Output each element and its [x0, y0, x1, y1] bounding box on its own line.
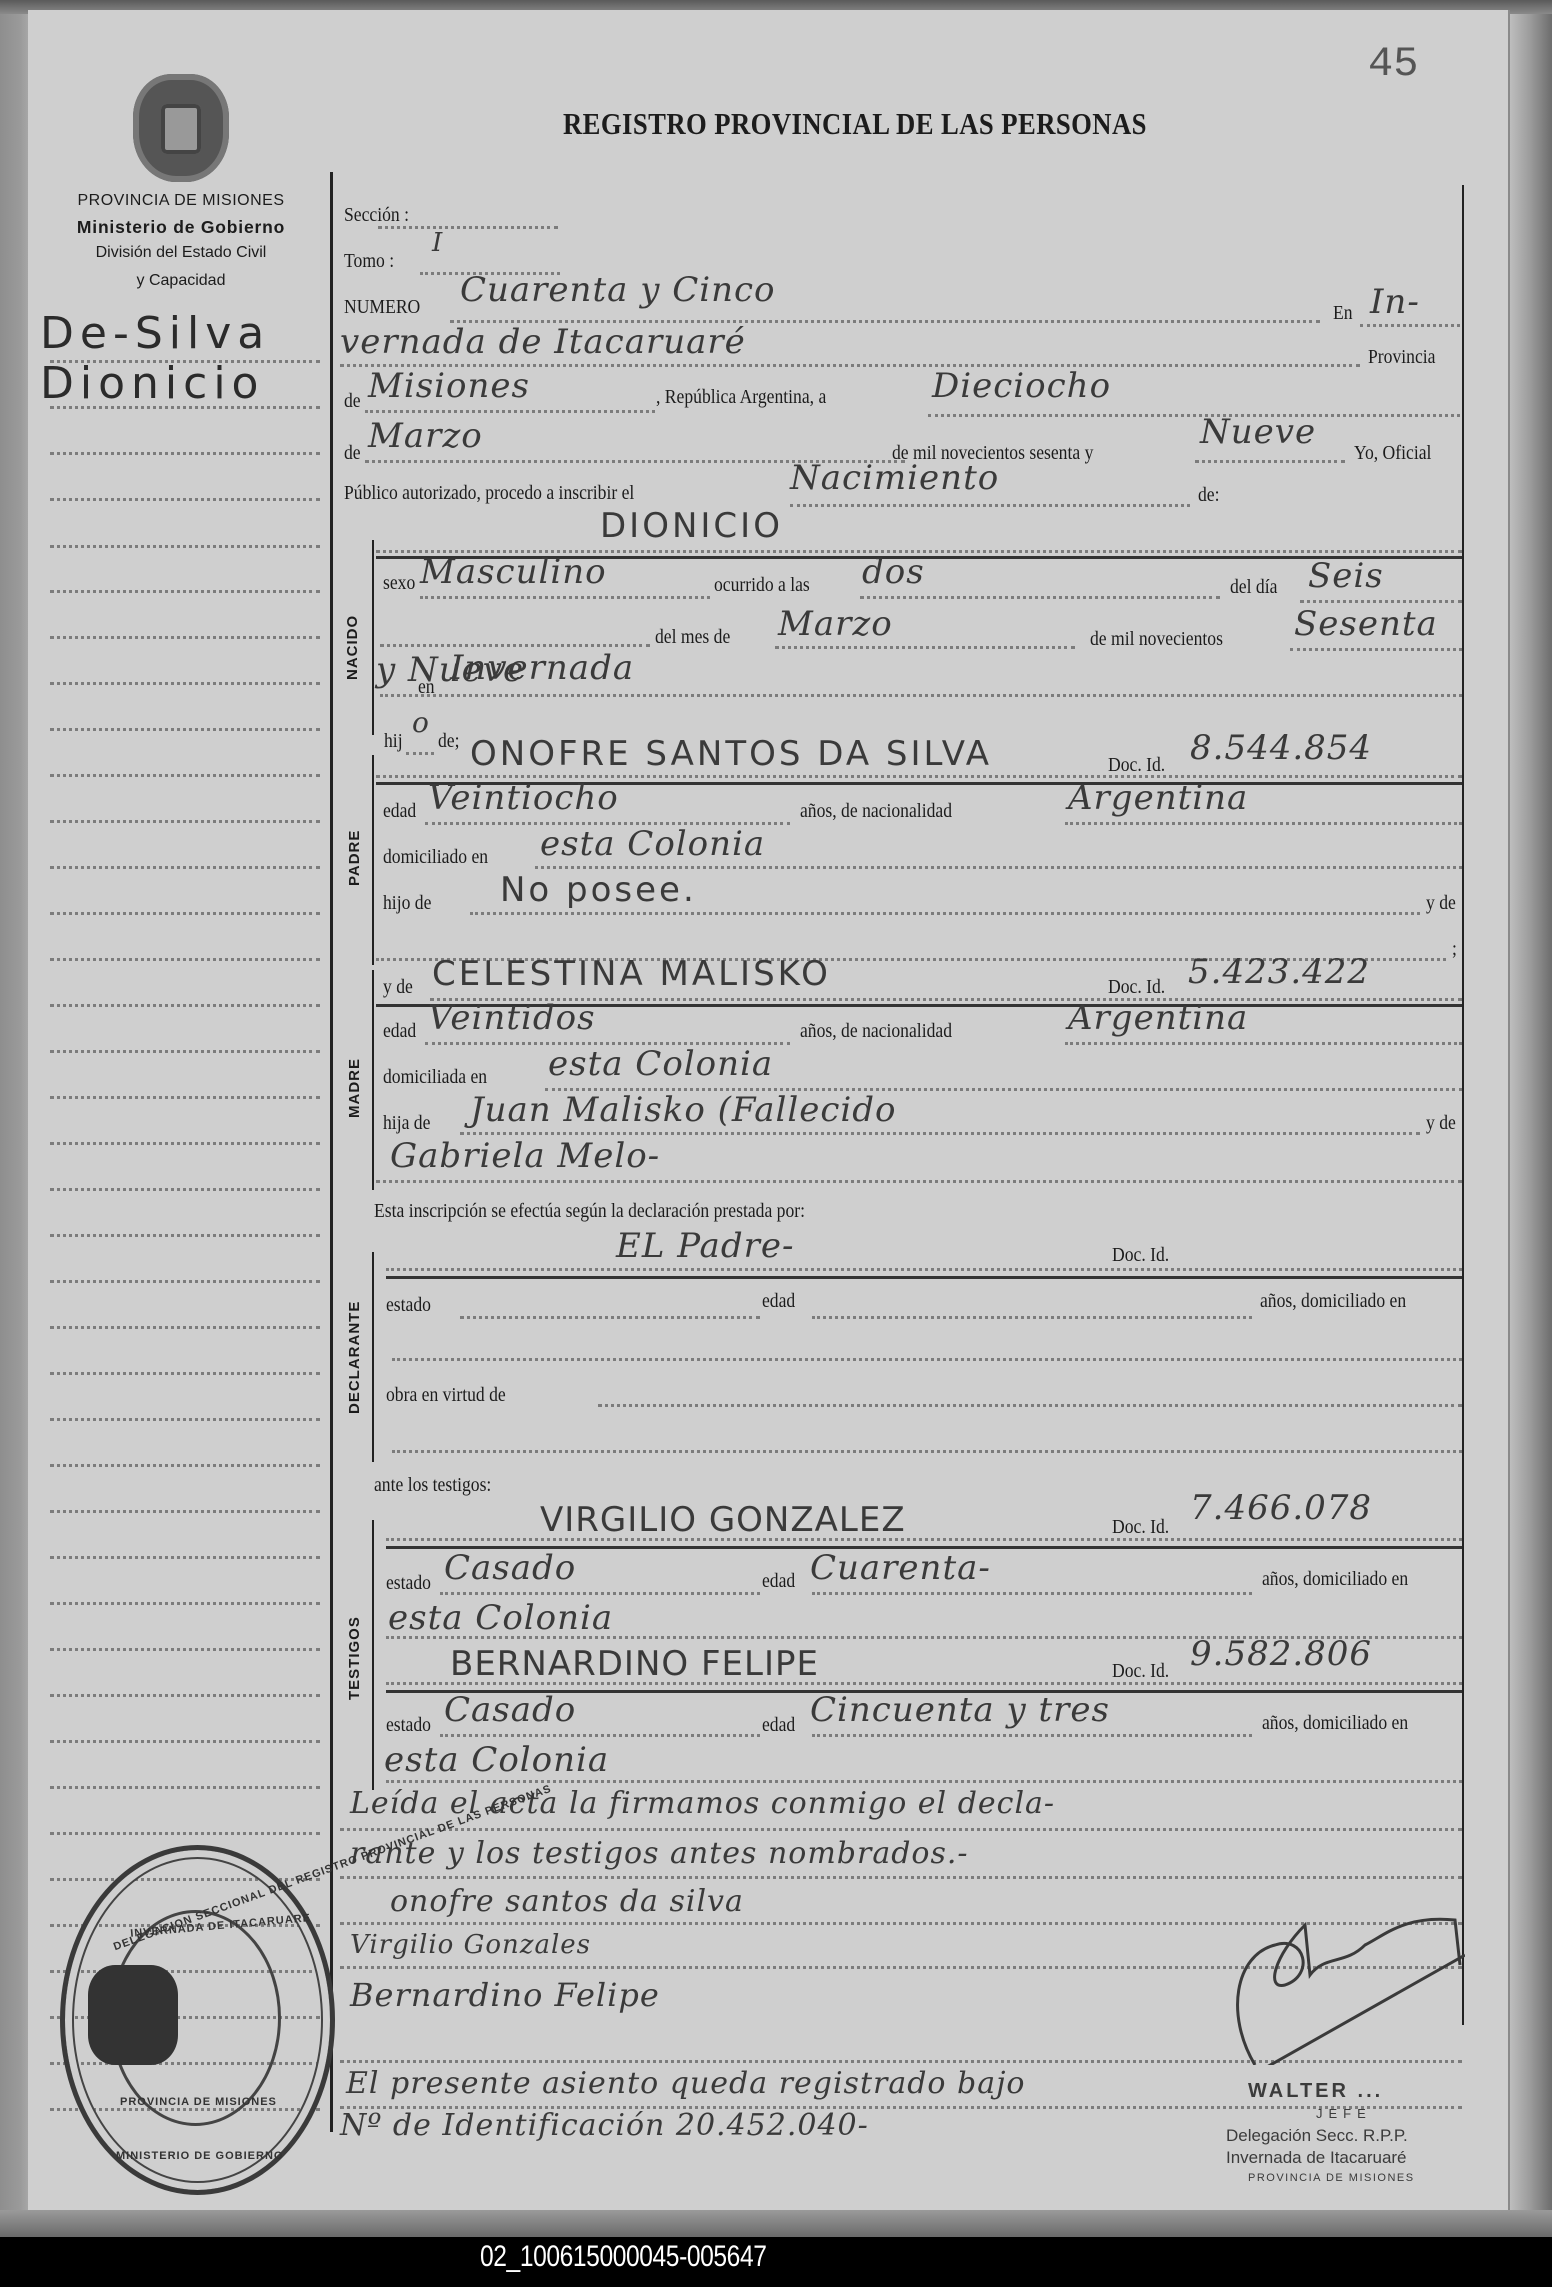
seccion-label: Sección :	[344, 204, 409, 227]
testigo2-estado-label: estado	[386, 1714, 431, 1737]
year-field[interactable]	[1195, 460, 1345, 463]
main-right-border	[1462, 185, 1464, 2025]
testigo1-anios-label: años, domiciliado en	[1262, 1568, 1408, 1591]
nacido-section-label: NACIDO	[344, 615, 361, 680]
madre-edad-value: Veintidos	[428, 998, 596, 1038]
testigos-bracket	[372, 1520, 374, 1790]
testigo1-estado-label: estado	[386, 1572, 431, 1595]
testigo1-doc-label: Doc. Id.	[1112, 1516, 1169, 1539]
tomo-value: I	[432, 228, 443, 258]
testigo1-doc-value: 7.466.078	[1190, 1488, 1372, 1528]
declarante-domicilio-field[interactable]	[392, 1358, 1462, 1361]
testigo1-edad-value: Cuarenta-	[810, 1548, 991, 1588]
testigo2-domicilio-value: esta Colonia	[384, 1740, 609, 1780]
declarante-obra-field[interactable]	[598, 1404, 1462, 1407]
province-value: Misiones	[368, 366, 530, 406]
lugar-value: Invernada	[450, 648, 634, 688]
testigos-intro: ante los testigos:	[374, 1474, 491, 1497]
mes-value: Marzo	[778, 604, 893, 644]
madre-bracket	[372, 970, 374, 1190]
sexo-label: sexo	[383, 572, 415, 595]
declarante-doc-label: Doc. Id.	[1112, 1244, 1169, 1267]
testigo2-edad-value: Cincuenta y tres	[810, 1690, 1110, 1730]
madre-doc-value: 5.423.422	[1188, 952, 1370, 992]
main-left-border	[330, 172, 333, 2132]
seal-rim-text: MINISTERIO DE GOBIERNO	[116, 2150, 283, 2162]
padre-doc-value: 8.544.854	[1190, 728, 1372, 768]
de3-label: de:	[1198, 484, 1220, 507]
anio-field[interactable]	[1290, 648, 1462, 651]
hij-de-label: de;	[438, 730, 460, 753]
testigo1-name: VIRGILIO GONZALEZ	[540, 1500, 906, 1540]
lugar-field[interactable]	[380, 694, 1462, 697]
madre-domicilio-value: esta Colonia	[548, 1044, 773, 1084]
official-signature-icon	[1215, 1915, 1465, 2065]
province-field[interactable]	[365, 410, 655, 413]
declarante-name-line	[386, 1268, 1462, 1271]
madre-section-label: MADRE	[346, 1058, 363, 1118]
registered-name: DIONICIO	[600, 506, 783, 546]
provincia-label: Provincia	[1368, 346, 1435, 369]
padre-edad-value: Veintiocho	[428, 778, 619, 818]
scan-footer-bar	[0, 2237, 1552, 2287]
padre-domicilio-label: domiciliado en	[383, 846, 488, 869]
act-field[interactable]	[790, 504, 1190, 507]
day-value: Dieciocho	[932, 366, 1111, 406]
testigo2-name-line	[386, 1682, 1462, 1685]
madre-doc-label: Doc. Id.	[1108, 976, 1165, 999]
padre-name: ONOFRE SANTOS DA SILVA	[470, 734, 992, 774]
madre-hija-label: hija de	[383, 1112, 430, 1135]
testigo1-edad-field[interactable]	[812, 1592, 1252, 1595]
month-value: Marzo	[368, 416, 483, 456]
org-province: PROVINCIA DE MISIONES	[36, 192, 326, 210]
testigo1-edad-label: edad	[762, 1570, 795, 1593]
testigo2-edad-field[interactable]	[812, 1734, 1252, 1737]
dia-field[interactable]	[1300, 600, 1462, 603]
declarante-name: EL Padre-	[616, 1226, 794, 1266]
padre-edad-label: edad	[383, 800, 416, 823]
publico-label: Público autorizado, procedo a inscribir …	[344, 482, 634, 505]
en-value: In-	[1370, 282, 1420, 322]
signature-witness-2: Bernardino Felipe	[350, 1976, 660, 2014]
madre-edad-label: edad	[383, 1020, 416, 1043]
official-place: Invernada de Itacaruaré	[1226, 2148, 1407, 2168]
closing-line-2: rante y los testigos antes nombrados.-	[350, 1836, 969, 1871]
day-field[interactable]	[928, 414, 1460, 417]
place-value: vernada de Itacaruaré	[340, 322, 746, 362]
oficial-label: Yo, Oficial	[1354, 442, 1431, 465]
declarante-obra-label: obra en virtud de	[386, 1384, 506, 1407]
declarante-obra-field-2[interactable]	[392, 1450, 1462, 1453]
republica-label: , República Argentina, a	[656, 386, 826, 409]
testigo2-doc-value: 9.582.806	[1190, 1634, 1372, 1674]
padre-doc-label: Doc. Id.	[1108, 754, 1165, 777]
year-value: Nueve	[1200, 412, 1316, 452]
padre-section-label: PADRE	[346, 830, 363, 886]
padre-hijo-label: hijo de	[383, 892, 431, 915]
book-binding-bottom	[0, 2210, 1552, 2237]
madre-anios-label: años, de nacionalidad	[800, 1020, 952, 1043]
page-title: REGISTRO PROVINCIAL DE LAS PERSONAS	[563, 106, 1147, 142]
madre-hija-value: Juan Malisko (Fallecido	[470, 1090, 897, 1130]
de-label: de	[344, 390, 361, 413]
seal-crest-icon	[88, 1965, 178, 2065]
official-name: WALTER ...	[1248, 2080, 1383, 2103]
ocurrido-label: ocurrido a las	[714, 574, 810, 597]
en-field	[1360, 324, 1460, 327]
madre-nacionalidad-field[interactable]	[1065, 1042, 1462, 1045]
declarante-bracket	[372, 1252, 374, 1462]
madre-name: CELESTINA MALISKO	[432, 954, 831, 994]
margin-surname: De-Silva	[40, 308, 270, 359]
hij-label: hij	[384, 730, 403, 753]
declarante-estado-label: estado	[386, 1294, 431, 1317]
madre-yde2-label: y de	[1426, 1112, 1456, 1135]
page-number: 45	[1368, 40, 1418, 88]
hora-field[interactable]	[860, 596, 1220, 599]
anio-value: Sesenta	[1294, 604, 1438, 644]
madre-yde-label: y de	[383, 976, 413, 999]
declarante-intro: Esta inscripción se efectúa según la dec…	[374, 1200, 805, 1223]
madre-domicilio-label: domiciliada en	[383, 1066, 487, 1089]
org-ministry: Ministerio de Gobierno	[36, 217, 326, 238]
official-role: JEFE	[1316, 2106, 1372, 2121]
padre-hijo-field[interactable]	[470, 912, 1420, 915]
section-divider	[386, 1276, 1462, 1279]
sexo-field[interactable]	[420, 596, 710, 599]
testigo2-estado-value: Casado	[444, 1690, 576, 1730]
madre-hija-field[interactable]	[460, 1132, 1420, 1135]
testigo2-anios-label: años, domiciliado en	[1262, 1712, 1408, 1735]
mes-field[interactable]	[775, 646, 1075, 649]
padre-bracket	[372, 755, 374, 965]
padre-semicolon: ;	[1452, 938, 1457, 961]
testigo1-name-line	[386, 1538, 1462, 1541]
anio-label: de mil novecientos	[1090, 628, 1223, 651]
note-line-1: El presente asiento queda registrado baj…	[346, 2066, 1025, 2101]
numero-value: Cuarenta y Cinco	[460, 270, 776, 310]
ruled-line	[340, 1876, 1462, 1879]
org-division: División del Estado Civil	[36, 244, 326, 262]
signature-father: onofre santos da silva	[390, 1884, 744, 1919]
numero-label: NUMERO	[344, 296, 420, 319]
padre-domicilio-value: esta Colonia	[540, 824, 765, 864]
org-capacity: y Capacidad	[36, 272, 326, 290]
ruled-line	[340, 1828, 1462, 1831]
declarante-anios-label: años, domiciliado en	[1260, 1290, 1406, 1313]
testigo1-estado-field[interactable]	[440, 1592, 760, 1595]
padre-domicilio-field[interactable]	[535, 866, 1462, 869]
blank-line	[380, 644, 650, 647]
signature-witness-1: Virgilio Gonzales	[350, 1930, 591, 1960]
testigo2-doc-label: Doc. Id.	[1112, 1660, 1169, 1683]
hij-field[interactable]	[406, 752, 434, 755]
madre-nacionalidad-value: Argentina	[1068, 998, 1248, 1038]
en-label: En	[1333, 302, 1353, 325]
hora-value: dos	[862, 552, 925, 592]
padre-hijo-value: No posee.	[500, 870, 697, 910]
madre-mother-value: Gabriela Melo-	[390, 1136, 660, 1176]
dia-label: del día	[1230, 576, 1277, 599]
mes-label: del mes de	[655, 626, 730, 649]
seccion-field[interactable]	[378, 226, 558, 229]
coat-of-arms-icon	[133, 74, 229, 182]
testigo1-estado-value: Casado	[444, 1548, 576, 1588]
padre-nacionalidad-value: Argentina	[1068, 778, 1248, 818]
testigo1-domicilio-value: esta Colonia	[388, 1598, 613, 1638]
declarante-section-label: DECLARANTE	[346, 1301, 363, 1414]
seal-bottom-text: PROVINCIA DE MISIONES	[120, 2096, 277, 2108]
scan-id: 02_100615000045-005647	[480, 2240, 766, 2274]
hij-value: o	[412, 706, 430, 739]
margin-given-name: Dionicio	[40, 358, 264, 409]
official-province: PROVINCIA DE MISIONES	[1248, 2172, 1415, 2184]
padre-yde-label: y de	[1426, 892, 1456, 915]
sexo-value: Masculino	[420, 552, 607, 592]
tomo-label: Tomo :	[344, 250, 394, 273]
de2-label: de	[344, 442, 361, 465]
declarante-edad-field[interactable]	[812, 1316, 1252, 1319]
testigo2-estado-field[interactable]	[440, 1734, 760, 1737]
declarante-estado-field[interactable]	[460, 1316, 760, 1319]
padre-nacionalidad-field[interactable]	[1065, 822, 1462, 825]
madre-mother-field[interactable]	[376, 1180, 1462, 1183]
dia-value: Seis	[1308, 556, 1384, 596]
act-value: Nacimiento	[790, 458, 999, 498]
testigos-section-label: TESTIGOS	[346, 1616, 363, 1700]
note-line-2: Nº de Identificación 20.452.040-	[340, 2108, 869, 2143]
official-office: Delegación Secc. R.P.P.	[1226, 2126, 1408, 2146]
declarante-edad-label: edad	[762, 1290, 795, 1313]
padre-anios-label: años, de nacionalidad	[800, 800, 952, 823]
nacido-bracket	[372, 540, 374, 735]
testigo2-edad-label: edad	[762, 1714, 795, 1737]
testigo2-name: BERNARDINO FELIPE	[450, 1644, 819, 1684]
